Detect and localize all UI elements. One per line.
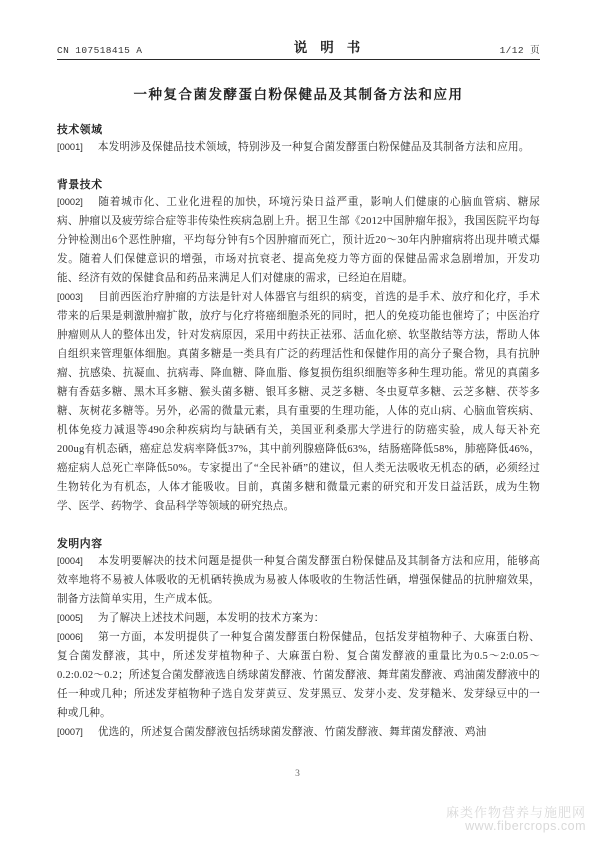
watermark-site-url: www.fibercrops.com (446, 820, 586, 833)
paragraph-tag: [0007] (57, 727, 83, 737)
page-indicator: 1/12 页 (500, 42, 540, 56)
paragraph-tag: [0006] (57, 632, 83, 642)
page-header: CN 107518415 A 说明书 1/12 页 (57, 36, 540, 56)
section-heading-technical-field: 技术领域 (57, 122, 540, 137)
paragraph-0005: [0005]为了解决上述技术问题，本发明的技术方案为： (57, 609, 540, 628)
section-heading-background-art: 背景技术 (57, 177, 540, 192)
watermark: 麻类作物营养与施肥网 www.fibercrops.com (446, 806, 586, 833)
paragraph-text: 本发明涉及保健品技术领域，特别涉及一种复合菌发酵蛋白粉保健品及其制备方法和应用。 (98, 142, 530, 153)
paragraph-0004: [0004]本发明要解决的技术问题是提供一种复合菌发酵蛋白粉保健品及其制备方法和… (57, 552, 540, 609)
invention-title: 一种复合菌发酵蛋白粉保健品及其制备方法和应用 (57, 83, 540, 103)
document-type-title: 说明书 (294, 36, 374, 56)
paragraph-text: 随着城市化、工业化进程的加快，环境污染日益严重，影响人们健康的心脑血管病、糖尿病… (57, 197, 540, 284)
paragraph-tag: [0001] (57, 142, 83, 152)
paragraph-tag: [0003] (57, 292, 83, 302)
paragraph-text: 优选的，所述复合菌发酵液包括绣球菌发酵液、竹菌发酵液、舞茸菌发酵液、鸡油 (98, 727, 487, 738)
paragraph-0001: [0001]本发明涉及保健品技术领域，特别涉及一种复合菌发酵蛋白粉保健品及其制备… (57, 138, 540, 157)
page-number: 3 (0, 769, 595, 779)
paragraph-0007: [0007]优选的，所述复合菌发酵液包括绣球菌发酵液、竹菌发酵液、舞茸菌发酵液、… (57, 723, 540, 742)
section-heading-summary-of-invention: 发明内容 (57, 536, 540, 551)
paragraph-0002: [0002]随着城市化、工业化进程的加快，环境污染日益严重，影响人们健康的心脑血… (57, 193, 540, 288)
document-body: 技术领域 [0001]本发明涉及保健品技术领域，特别涉及一种复合菌发酵蛋白粉保健… (57, 122, 540, 742)
patent-specification-page: CN 107518415 A 说明书 1/12 页 一种复合菌发酵蛋白粉保健品及… (0, 0, 595, 842)
paragraph-tag: [0005] (57, 613, 83, 623)
publication-number: CN 107518415 A (57, 45, 142, 56)
paragraph-tag: [0002] (57, 197, 83, 207)
header-divider (57, 59, 540, 60)
paragraph-text: 为了解决上述技术问题，本发明的技术方案为： (98, 613, 325, 624)
paragraph-0003: [0003]目前西医治疗肿瘤的方法是针对人体器官与组织的病变，首选的是手术、放疗… (57, 288, 540, 516)
watermark-site-name: 麻类作物营养与施肥网 (446, 806, 586, 820)
paragraph-0006: [0006]第一方面，本发明提供了一种复合菌发酵蛋白粉保健品，包括发芽植物种子、… (57, 628, 540, 723)
paragraph-text: 目前西医治疗肿瘤的方法是针对人体器官与组织的病变，首选的是手术、放疗和化疗，手术… (57, 292, 540, 512)
paragraph-tag: [0004] (57, 556, 83, 566)
paragraph-text: 本发明要解决的技术问题是提供一种复合菌发酵蛋白粉保健品及其制备方法和应用，能够高… (57, 556, 540, 605)
paragraph-text: 第一方面，本发明提供了一种复合菌发酵蛋白粉保健品，包括发芽植物种子、大麻蛋白粉、… (57, 632, 540, 719)
